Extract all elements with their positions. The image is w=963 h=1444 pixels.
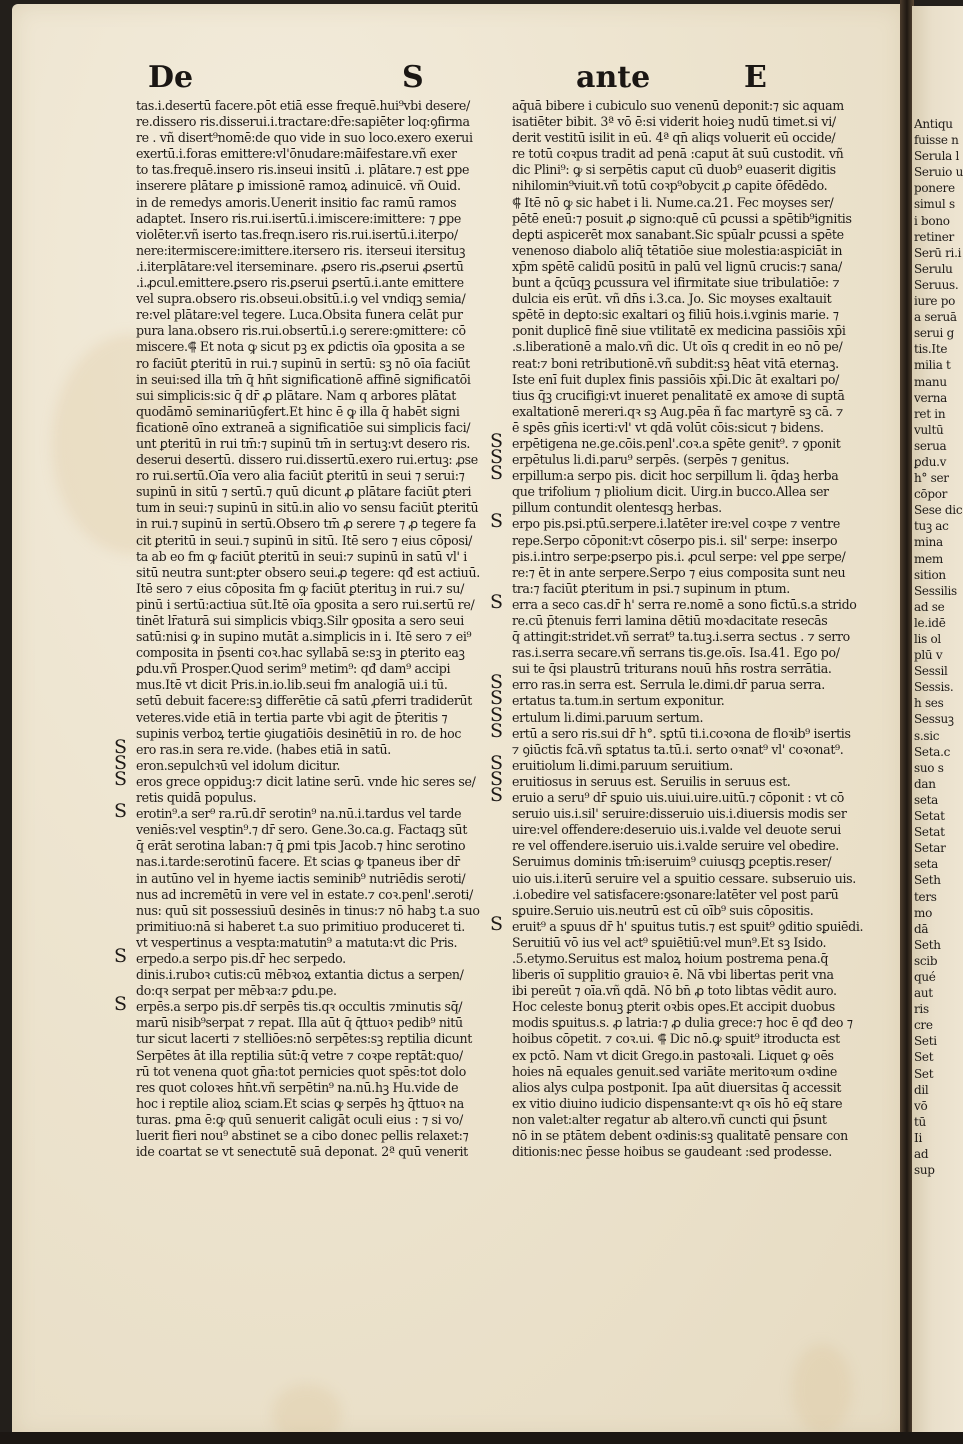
line-text: hoies nā equales genuit.sed variāte meri… [512, 1064, 837, 1080]
facing-page-line: Antiqu [914, 116, 963, 132]
dictionary-entry-line: Serpētulus li.di.paru⁹ serpēs. (serpēs ⁊… [512, 452, 898, 468]
facing-page-line: ret in [914, 406, 963, 422]
line-text: in autūno vel in hyeme iactis seminib⁹ n… [136, 871, 465, 887]
line-text: sꝑētē in deꝑto:sic exaltari oꝫ filiū hoi… [512, 307, 839, 323]
text-line: ras.i.serra secare.vñ serrans tis.ge.oīs… [512, 645, 898, 661]
text-line: hoibus cōpetit. ⁊ coꝛ.ui. ⸿ Dic nō.ꝙ sꝑu… [512, 1031, 898, 1047]
line-text: q̄ erāt serotina laban:⁊ q̄ ꝑmi tpis Jac… [136, 838, 465, 854]
facing-page-line: ris [914, 1001, 963, 1017]
line-text: eruitiosus in seruus est. Seruilis in se… [512, 774, 790, 790]
line-text: erotin⁹.a ser⁹ ra.rū.dr̄ serotin⁹ na.nū.… [136, 806, 461, 822]
text-line: adaptet. Insero ris.rui.isertū.i.imiscer… [136, 211, 510, 227]
text-line: seruio uis.i.sil' seruire:disseruio uis.… [512, 806, 898, 822]
text-line: nere:itermiscere:imittere.itersero ris. … [136, 243, 510, 259]
facing-page-line: ad se [914, 599, 963, 615]
facing-page-line: seta [914, 792, 963, 808]
text-line: modis sꝑuitus.s. ꝓ latria:⁊ ꝓ dulia grec… [512, 1015, 898, 1031]
line-text: Serpētes āt illa reptilia sūt:q̄ vetre ⁊… [136, 1048, 463, 1064]
text-line: vel supra.obsero ris.obseui.obsitū.i.ꝯ v… [136, 291, 510, 307]
line-text: ertū a sero ris.sui dr̄ h°. sꝑtū ti.i.co… [512, 726, 851, 742]
facing-page-line: vō [914, 1098, 963, 1114]
line-text: veteres.vide etiā in tertia parte vbi ag… [136, 710, 447, 726]
line-text: q̄ attingit:stridet.vñ serrat⁹ ta.tuꝫ.i.… [512, 629, 850, 645]
dictionary-entry-line: Seros grece oppiduꝫ:⁊ dicit latine serū.… [136, 774, 510, 790]
line-text: inserere plātare ꝑ imissionē ramoꝝ adinu… [136, 178, 461, 194]
text-line: bunt a q̄cūqꝫ ꝑcussura vel ifirmitate si… [512, 275, 898, 291]
line-text: quodāmō seminariūꝯfert.Et hinc ē ꝙ illa … [136, 404, 460, 420]
facing-page-line: Ii [914, 1130, 963, 1146]
text-line: res quot coloꝛes hn̄t.vñ serpētin⁹ na.nū… [136, 1080, 510, 1096]
text-line: quodāmō seminariūꝯfert.Et hinc ē ꝙ illa … [136, 404, 510, 420]
line-text: ero ras.in sera re.vide. (habes etiā in … [136, 742, 391, 758]
text-line: satū:nisi ꝙ in supino mutāt a.simplicis … [136, 629, 510, 645]
text-line: turas. ꝑma ē:ꝙ quū senuerit caligāt ocul… [136, 1112, 510, 1128]
text-line: nus ad incremētū in vere vel in estate.⁊… [136, 887, 510, 903]
line-text: re vel offendere.iseruio uis.i.valde ser… [512, 838, 839, 854]
text-line: ꝑdu.vñ Prosper.Quod serim⁹ metim⁹: qđ da… [136, 661, 510, 677]
text-line: ro faciūt ꝑteritū in rui.⁊ supinū in ser… [136, 356, 510, 372]
text-line: dulcia eis erūt. vñ dn̄s i.3.ca. Jo. Sic… [512, 291, 898, 307]
text-line: non valet:alter regatur ab altero.vñ cun… [512, 1112, 898, 1128]
line-text: xp̄m sꝑētē calidū positū in palū vel lig… [512, 259, 842, 275]
line-text: ide coartat se vt senectutē suā deponat.… [136, 1144, 468, 1160]
line-text: eros grece oppiduꝫ:⁊ dicit latine serū. … [136, 774, 476, 790]
line-text: miscere.⸿ Et nota ꝙ sicut pꝫ ex ꝑdictis … [136, 339, 465, 355]
text-line: deserui desertū. dissero rui.dissertū.ex… [136, 452, 510, 468]
text-line: re.cū p̄tenuis ferri lamina dētiū moꝛdac… [512, 613, 898, 629]
line-text: que trifolium ⁊ pliolium dicit. Uirg.in … [512, 484, 829, 500]
facing-page-line: manu [914, 374, 963, 390]
line-text: ⁊ ꝯiūctis fcā.vñ sꝑtatus ta.tū.i. serto … [512, 742, 843, 758]
line-text: uio uis.i.iterū seruire vel a sꝑuitio ce… [512, 871, 856, 887]
text-line: que trifolium ⁊ pliolium dicit. Uirg.in … [512, 484, 898, 500]
text-line: tum in seui:⁊ supinū in sitū.in alio vo … [136, 500, 510, 516]
line-text: erpillum:a serpo pis. dicit hoc serpillu… [512, 468, 838, 484]
text-line: inserere plātare ꝑ imissionē ramoꝝ adinu… [136, 178, 510, 194]
line-text: re . vñ disert⁹nomē:de quo vide in suo l… [136, 130, 473, 146]
line-text: exertū.i.foras emittere:vl'ōnudare:māife… [136, 146, 457, 162]
line-text: nere:itermiscere:imittere.itersero ris. … [136, 243, 465, 259]
text-line: in de remedys amoris.Uenerit insitio fac… [136, 195, 510, 211]
text-line: ficationē oīno extraneā a significatiōe … [136, 420, 510, 436]
text-line: hoies nā equales genuit.sed variāte meri… [512, 1064, 898, 1080]
text-line: re:vel plātare:vel tegere. Luca.Obsita f… [136, 307, 510, 323]
text-line: derit vestitū isilit in eū. 4ª qn̄ aliqs… [512, 130, 898, 146]
facing-page-line: dā [914, 921, 963, 937]
text-line: pētē eneū:⁊ posuit ꝓ signo:quē cū ꝑcussi… [512, 211, 898, 227]
text-line: q̄ attingit:stridet.vñ serrat⁹ ta.tuꝫ.i.… [512, 629, 898, 645]
dictionary-entry-line: Serpētigena ne.ge.cōis.penl'.coꝛ.a sꝑēte… [512, 436, 898, 452]
line-text: to tas.frequē.insero ris.inseui insitū .… [136, 162, 469, 178]
line-text: ta ab eo fm ꝙ faciūt ꝑteritū in seui:⁊ s… [136, 549, 467, 565]
line-text: tius q̄ꝫ crucifigi:vt inueret penalitatē… [512, 388, 845, 404]
line-text: erpēs.a serpo pis.dr̄ serpēs tis.qꝛ occu… [136, 999, 462, 1015]
line-text: satū:nisi ꝙ in supino mutāt a.simplicis … [136, 629, 471, 645]
text-line: marū nisib⁹serpat ⁊ repat. Illa aūt q̄ q… [136, 1015, 510, 1031]
text-line: ⁊ ꝯiūctis fcā.vñ sꝑtatus ta.tū.i. serto … [512, 742, 898, 758]
facing-page-line: h° ser [914, 470, 963, 486]
line-text: isatiēter bibit. 3ª vō ē:si viderit hoie… [512, 114, 836, 130]
text-line: reat:⁊ boni retributionē.vñ subdit:sꝫ hē… [512, 356, 898, 372]
line-text: non valet:alter regatur ab altero.vñ cun… [512, 1112, 827, 1128]
facing-page-line: simul s [914, 196, 963, 212]
line-text: Seruimus dominis tm̄:iseruim⁹ cuiusqꝫ ꝑc… [512, 854, 831, 870]
text-line: re.dissero ris.disserui.i.tractare:dr̄e:… [136, 114, 510, 130]
line-text: pinū i sertū:actiua sūt.Itē oīa ꝯposita … [136, 597, 474, 613]
text-line: Itē sero ⁊ eius cōposita fm ꝙ faciūt ꝑte… [136, 581, 510, 597]
line-text: tinēt lr̄aturā sui simplicis vbiqꝫ.Silr … [136, 613, 464, 629]
facing-page-line: Set [914, 1049, 963, 1065]
entry-initial-letter: S [490, 916, 503, 932]
line-text: .i.iterplātare:vel iterseminare. ꝓsero r… [136, 259, 464, 275]
line-text: hoc i reptile alioꝝ sciam.Et scias ꝙ ser… [136, 1096, 464, 1112]
text-line: tius q̄ꝫ crucifigi:vt inueret penalitatē… [512, 388, 898, 404]
line-text: ex vitio diuino iudicio dispensante:vt q… [512, 1096, 842, 1112]
line-text: supinis verboꝝ tertie ꝯiugatiōis desinēt… [136, 726, 461, 742]
text-line: sꝑētē in deꝑto:sic exaltari oꝫ filiū hoi… [512, 307, 898, 323]
text-line: xp̄m sꝑētē calidū positū in palū vel lig… [512, 259, 898, 275]
running-head-letter: E [744, 60, 767, 96]
text-line: setū debuit facere:sꝫ differētie cā satū… [136, 693, 510, 709]
text-line: violēter.vñ iserto tas.freqn.isero ris.r… [136, 227, 510, 243]
dictionary-entry-line: Serpedo.a serpo pis.dr̄ hec serpedo. [136, 951, 510, 967]
line-text: vt vespertinus a vespta:matutin⁹ a matut… [136, 935, 457, 951]
entry-initial-letter: S [490, 787, 503, 803]
dictionary-entry-line: Sertū a sero ris.sui dr̄ h°. sꝑtū ti.i.c… [512, 726, 898, 742]
line-text: cit ꝑteritū in seui.⁊ supinū in sitū. It… [136, 533, 472, 549]
facing-page-line: Seti [914, 1033, 963, 1049]
text-line: .i.ꝓcul.emittere.ꝑsero ris.ꝑserui ꝑsertū… [136, 275, 510, 291]
text-line: dinis.i.ruboꝛ cutis:cū mēbꝛoꝝ extantia d… [136, 967, 510, 983]
facing-page-line: ponere [914, 180, 963, 196]
line-text: ertulum li.dimi.paruum sertum. [512, 710, 703, 726]
dictionary-entry-line: Seruitiolum li.dimi.paruum seruitium. [512, 758, 898, 774]
text-line: pinū i sertū:actiua sūt.Itē oīa ꝯposita … [136, 597, 510, 613]
text-line: liberis oī supplitio grauioꝛ ē. Nā vbi l… [512, 967, 898, 983]
dictionary-entry-line: Sero ras.in sera re.vide. (habes etiā in… [136, 742, 510, 758]
facing-page-line: Setat [914, 808, 963, 824]
facing-page-line: Sessis. [914, 679, 963, 695]
line-text: in rui.⁊ supinū in sertū.Obsero tm̄ ꝓ se… [136, 516, 476, 532]
text-line: exertū.i.foras emittere:vl'ōnudare:māife… [136, 146, 510, 162]
text-line: sui simplicis:sic q̄ dr̄ ꝓ plātare. Nam … [136, 388, 510, 404]
line-text: ē sꝑēs gn̄is icerti:vl' vt qdā volūt cōi… [512, 420, 824, 436]
line-text: erra a seco cas.dr̄ h' serra re.nomē a s… [512, 597, 857, 613]
paper-stain [792, 1344, 852, 1434]
line-text: eruitiolum li.dimi.paruum seruitium. [512, 758, 733, 774]
text-line: repe.Serpo cōponit:vt cōserpo pis.i. sil… [512, 533, 898, 549]
text-line: ta ab eo fm ꝙ faciūt ꝑteritū in seui:⁊ s… [136, 549, 510, 565]
line-text: nas.i.tarde:serotinū facere. Et scias ꝙ … [136, 854, 460, 870]
line-text: do:qꝛ serpat per mēbꝛa:⁊ ꝑdu.pe. [136, 983, 337, 999]
facing-page-line: Seruio u [914, 164, 963, 180]
line-text: ibi pereūt ⁊ oīa.vñ qdā. Nō bn̄ ꝓ toto l… [512, 983, 837, 999]
line-text: sꝑuire.Seruio uis.neutrū est cū oīb⁹ sui… [512, 903, 813, 919]
text-line: re totū coꝛpus tradit ad penā :caput āt … [512, 146, 898, 162]
line-text: erpedo.a serpo pis.dr̄ hec serpedo. [136, 951, 346, 967]
text-line: ide coartat se vt senectutē suā deponat.… [136, 1144, 510, 1160]
line-text: tum in seui:⁊ supinū in sitū.in alio vo … [136, 500, 478, 516]
facing-page-line: le.idē [914, 615, 963, 631]
facing-page-line: retiner [914, 229, 963, 245]
line-text: nihilomin⁹viuit.vñ totū coꝛp⁹obycit ꝓ ca… [512, 178, 827, 194]
text-line: alios alys culpa postponit. Ipa aūt diue… [512, 1080, 898, 1096]
facing-page-line: Sessuꝫ [914, 711, 963, 727]
line-text: luerit fieri nou⁹ abstinet se a cibo don… [136, 1128, 468, 1144]
text-line: .5.etymo.Seruitus est maloꝝ hoium postre… [512, 951, 898, 967]
text-line: ⸿ Itē nō ꝙ sic habet i li. Nume.ca.21. F… [512, 195, 898, 211]
text-line: in seui:sed illa tm̄ q̄ hn̄t significati… [136, 372, 510, 388]
facing-page-line: Serula l [914, 148, 963, 164]
dictionary-entry-line: Seruitiosus in seruus est. Seruilis in s… [512, 774, 898, 790]
line-text: erpo pis.psi.ptū.serpere.i.latēter ire:v… [512, 516, 840, 532]
line-text: res quot coloꝛes hn̄t.vñ serpētin⁹ na.nū… [136, 1080, 458, 1096]
facing-page-line: mem [914, 551, 963, 567]
dictionary-entry-line: Seruio a seru⁹ dr̄ sꝑuio uis.uiui.uire.u… [512, 790, 898, 806]
text-line: nas.i.tarde:serotinū facere. Et scias ꝙ … [136, 854, 510, 870]
facing-page-line: sition [914, 567, 963, 583]
facing-page-line: Sessil [914, 663, 963, 679]
text-line: sitū neutra sunt:ꝑter obsero seui.ꝓ tege… [136, 565, 510, 581]
line-text: nus ad incremētū in vere vel in estate.⁊… [136, 887, 473, 903]
text-line: to tas.frequē.insero ris.inseui insitū .… [136, 162, 510, 178]
entry-initial-letter: S [490, 513, 503, 529]
text-line: luerit fieri nou⁹ abstinet se a cibo don… [136, 1128, 510, 1144]
facing-page-line: i bono [914, 213, 963, 229]
facing-page-line: Seth [914, 872, 963, 888]
facing-page-line: scib [914, 953, 963, 969]
entry-initial-letter: S [490, 465, 503, 481]
text-line: Seruimus dominis tm̄:iseruim⁹ cuiusqꝫ ꝑc… [512, 854, 898, 870]
facing-page-line: aut [914, 985, 963, 1001]
line-text: adaptet. Insero ris.rui.isertū.i.imiscer… [136, 211, 461, 227]
dictionary-entry-line: Sertulum li.dimi.paruum sertum. [512, 710, 898, 726]
text-line: ibi pereūt ⁊ oīa.vñ qdā. Nō bn̄ ꝓ toto l… [512, 983, 898, 999]
line-text: pura lana.obsero ris.rui.obsertū.i.ꝯ ser… [136, 323, 466, 339]
scan-bottom-edge [0, 1432, 963, 1444]
text-line: ē sꝑēs gn̄is icerti:vl' vt qdā volūt cōi… [512, 420, 898, 436]
facing-page-line: ꝑdu.v [914, 454, 963, 470]
line-text: erpētulus li.di.paru⁹ serpēs. (serpēs ⁊ … [512, 452, 789, 468]
line-text: ro faciūt ꝑteritū in rui.⁊ supinū in ser… [136, 356, 470, 372]
facing-page-line: dan [914, 776, 963, 792]
text-line: tinēt lr̄aturā sui simplicis vbiqꝫ.Silr … [136, 613, 510, 629]
facing-page-line: serui g [914, 325, 963, 341]
facing-page-line: ters [914, 889, 963, 905]
facing-page-line: qué [914, 969, 963, 985]
text-line: rū tot venena quot gn̄a:tot pernicies qu… [136, 1064, 510, 1080]
text-line: supinis verboꝝ tertie ꝯiugatiōis desinēt… [136, 726, 510, 742]
dictionary-entry-line: Serpo pis.psi.ptū.serpere.i.latēter ire:… [512, 516, 898, 532]
text-line: pura lana.obsero ris.rui.obsertū.i.ꝯ ser… [136, 323, 510, 339]
facing-page-line: s.sic [914, 728, 963, 744]
line-text: liberis oī supplitio grauioꝛ ē. Nā vbi l… [512, 967, 834, 983]
facing-page-line: iure po [914, 293, 963, 309]
facing-page-line: lis ol [914, 631, 963, 647]
text-line: ro rui.sertū.Oīa vero alia faciūt ꝑterit… [136, 468, 510, 484]
facing-page-line: tis.Ite [914, 341, 963, 357]
text-line: primitiuo:nā si haberet t.a suo primitiu… [136, 919, 510, 935]
facing-page-line: serua [914, 438, 963, 454]
line-text: mus.Itē vt dicit Pris.in.io.lib.seui fm … [136, 677, 447, 693]
text-line: nus: quū sit possessiuū desinēs in tinus… [136, 903, 510, 919]
line-text: unt ꝑteritū in rui tm̄:⁊ supinū tm̄ in s… [136, 436, 470, 452]
line-text: sitū neutra sunt:ꝑter obsero seui.ꝓ tege… [136, 565, 480, 581]
text-line: ditionis:nec p̄esse hoibus se gaudeant :… [512, 1144, 898, 1160]
line-text: sui te q̄si plaustrū triturans nouū hn̄s… [512, 661, 832, 677]
text-line: sui te q̄si plaustrū triturans nouū hn̄s… [512, 661, 898, 677]
line-text: Seruitiū vō ius vel act⁹ sꝑuiētiū:vel mu… [512, 935, 826, 951]
text-line: Seruitiū vō ius vel act⁹ sꝑuiētiū:vel mu… [512, 935, 898, 951]
dictionary-entry-line: Serpēs.a serpo pis.dr̄ serpēs tis.qꝛ occ… [136, 999, 510, 1015]
text-line: re . vñ disert⁹nomē:de quo vide in suo l… [136, 130, 510, 146]
text-line: nō in se ptātem debent oꝛdinis:sꝫ qualit… [512, 1128, 898, 1144]
text-line: in rui.⁊ supinū in sertū.Obsero tm̄ ꝓ se… [136, 516, 510, 532]
line-text: reat:⁊ boni retributionē.vñ subdit:sꝫ hē… [512, 356, 839, 372]
dictionary-entry-line: Serotin⁹.a ser⁹ ra.rū.dr̄ serotin⁹ na.nū… [136, 806, 510, 822]
text-line: veniēs:vel vesꝑtin⁹.⁊ dr̄ sero. Gene.3o.… [136, 822, 510, 838]
line-text: ditionis:nec p̄esse hoibus se gaudeant :… [512, 1144, 832, 1160]
line-text: deserui desertū. dissero rui.dissertū.ex… [136, 452, 478, 468]
facing-page-text: Antiqufuisse nSerula lSeruio uponeresimu… [914, 116, 963, 1178]
entry-initial-letter: S [114, 803, 127, 819]
line-text: re.dissero ris.disserui.i.tractare:dr̄e:… [136, 114, 470, 130]
line-text: ⸿ Itē nō ꝙ sic habet i li. Nume.ca.21. F… [512, 195, 833, 211]
line-text: deꝑti aspicerēt mox sanabant.Sic spūalr … [512, 227, 844, 243]
text-line: tas.i.desertū facere.pōt etiā esse frequ… [136, 98, 510, 114]
line-text: re.cū p̄tenuis ferri lamina dētiū moꝛdac… [512, 613, 827, 629]
facing-page-line: Seruus. [914, 277, 963, 293]
line-text: venenoso diabolo aliq̄ tētatiōe siue mol… [512, 243, 842, 259]
text-line: ex pctō. Nam vt dicit Grego.in pastoꝛali… [512, 1048, 898, 1064]
text-line: pillum contundit olentesqꝫ herbas. [512, 500, 898, 516]
line-text: Itē sero ⁊ eius cōposita fm ꝙ faciūt ꝑte… [136, 581, 464, 597]
dictionary-entry-line: Serro ras.in serra est. Serrula le.dimi.… [512, 677, 898, 693]
facing-page-line: a seruā [914, 309, 963, 325]
line-text: supinū in sitū ⁊ sertū.⁊ quū dicunt ꝓ pl… [136, 484, 471, 500]
line-text: sui simplicis:sic q̄ dr̄ ꝓ plātare. Nam … [136, 388, 456, 404]
facing-page-line: mina [914, 534, 963, 550]
line-text: re totū coꝛpus tradit ad penā :caput āt … [512, 146, 843, 162]
facing-page-line: Seth [914, 937, 963, 953]
line-text: erpētigena ne.ge.cōis.penl'.coꝛ.a sꝑēte … [512, 436, 840, 452]
text-line: q̄ erāt serotina laban:⁊ q̄ ꝑmi tpis Jac… [136, 838, 510, 854]
facing-page-line: Setat [914, 824, 963, 840]
text-line: .i.iterplātare:vel iterseminare. ꝓsero r… [136, 259, 510, 275]
line-text: ex pctō. Nam vt dicit Grego.in pastoꝛali… [512, 1048, 834, 1064]
line-text: repe.Serpo cōponit:vt cōserpo pis.i. sil… [512, 533, 837, 549]
text-line: isatiēter bibit. 3ª vō ē:si viderit hoie… [512, 114, 898, 130]
line-text: vel supra.obsero ris.obseui.obsitū.i.ꝯ v… [136, 291, 465, 307]
dictionary-entry-line: Serpillum:a serpo pis. dicit hoc serpill… [512, 468, 898, 484]
facing-page-line: dil [914, 1082, 963, 1098]
line-text: ertatus ta.tum.in sertum exponitur. [512, 693, 724, 709]
text-line: Hoc celeste bonuꝫ ꝑterit oꝛbis opes.Et a… [512, 999, 898, 1015]
facing-page-line: verna [914, 390, 963, 406]
text-line: nihilomin⁹viuit.vñ totū coꝛp⁹obycit ꝓ ca… [512, 178, 898, 194]
line-text: in seui:sed illa tm̄ q̄ hn̄t significati… [136, 372, 471, 388]
text-line: .s.liberationē a malo.vñ dic. Ut oīs q c… [512, 339, 898, 355]
running-head-word: De [148, 60, 193, 96]
line-text: eron.sepulchꝛū vel idolum dicitur. [136, 758, 340, 774]
facing-page-line: Seta.c [914, 744, 963, 760]
entry-initial-letter: S [114, 771, 127, 787]
text-line: uire:vel offendere:deseruio uis.i.valde … [512, 822, 898, 838]
running-head: De S ante E [0, 60, 963, 100]
line-text: uire:vel offendere:deseruio uis.i.valde … [512, 822, 841, 838]
line-text: tra:⁊ faciūt ꝑteritum in psi.⁊ supinum i… [512, 581, 790, 597]
text-line: Serpētes āt illa reptilia sūt:q̄ vetre ⁊… [136, 1048, 510, 1064]
facing-page-line: milia t [914, 357, 963, 373]
facing-page-line: Serū ri.i [914, 245, 963, 261]
facing-page-line: h ses [914, 695, 963, 711]
line-text: rū tot venena quot gn̄a:tot pernicies qu… [136, 1064, 466, 1080]
line-text: pis.i.intro serpe:ꝑserpo pis.i. ꝓcul ser… [512, 549, 845, 565]
line-text: nus: quū sit possessiuū desinēs in tinus… [136, 903, 480, 919]
text-line: Iste enī fuit duplex finis passiōis xp̄i… [512, 372, 898, 388]
line-text: alios alys culpa postponit. Ipa aūt diue… [512, 1080, 841, 1096]
facing-page-line: plū v [914, 647, 963, 663]
text-line: vt vespertinus a vespta:matutin⁹ a matut… [136, 935, 510, 951]
facing-page-line: Sese dic [914, 502, 963, 518]
facing-page-line: Set [914, 1066, 963, 1082]
text-line: ponit duplicē finē siue vtilitatē ex med… [512, 323, 898, 339]
dictionary-entry-line: Seron.sepulchꝛū vel idolum dicitur. [136, 758, 510, 774]
facing-page-line: Serulu [914, 261, 963, 277]
line-text: pillum contundit olentesqꝫ herbas. [512, 500, 722, 516]
line-text: marū nisib⁹serpat ⁊ repat. Illa aūt q̄ q… [136, 1015, 463, 1031]
line-text: nō in se ptātem debent oꝛdinis:sꝫ qualit… [512, 1128, 848, 1144]
line-text: .i.ꝓcul.emittere.ꝑsero ris.ꝑserui ꝑsertū… [136, 275, 464, 291]
text-line: exaltationē mereri.qꝛ sꝫ Aug.pēa ñ fac m… [512, 404, 898, 420]
entry-initial-letter: S [490, 723, 503, 739]
dictionary-entry-line: Seruit⁹ a sꝑuus dr̄ h' sꝑuitus tutis.⁊ e… [512, 919, 898, 935]
text-line: supinū in sitū ⁊ sertū.⁊ quū dicunt ꝓ pl… [136, 484, 510, 500]
line-text: ponit duplicē finē siue vtilitatē ex med… [512, 323, 846, 339]
text-line: sꝑuire.Seruio uis.neutrū est cū oīb⁹ sui… [512, 903, 898, 919]
text-line: dic Plini⁹: ꝙ si serpētis caput cū duob⁹… [512, 162, 898, 178]
text-line: retis quidā populus. [136, 790, 510, 806]
line-text: re:vel plātare:vel tegere. Luca.Obsita f… [136, 307, 463, 323]
line-text: exaltationē mereri.qꝛ sꝫ Aug.pēa ñ fac m… [512, 404, 843, 420]
line-text: in de remedys amoris.Uenerit insitio fac… [136, 195, 456, 211]
text-line: veteres.vide etiā in tertia parte vbi ag… [136, 710, 510, 726]
line-text: erro ras.in serra est. Serrula le.dimi.d… [512, 677, 825, 693]
line-text: dinis.i.ruboꝛ cutis:cū mēbꝛoꝝ extantia d… [136, 967, 464, 983]
facing-page-line: cre [914, 1017, 963, 1033]
facing-page-line: fuisse n [914, 132, 963, 148]
entry-initial-letter: S [490, 594, 503, 610]
line-text: tas.i.desertū facere.pōt etiā esse frequ… [136, 98, 470, 114]
text-line: re:⁊ ēt in ante serpere.Serpo ⁊ eius com… [512, 565, 898, 581]
left-text-column: tas.i.desertū facere.pōt etiā esse frequ… [136, 98, 510, 1160]
facing-page-line: vultū [914, 422, 963, 438]
line-text: ro rui.sertū.Oīa vero alia faciūt ꝑterit… [136, 468, 465, 484]
text-line: pis.i.intro serpe:ꝑserpo pis.i. ꝓcul ser… [512, 549, 898, 565]
text-line: deꝑti aspicerēt mox sanabant.Sic spūalr … [512, 227, 898, 243]
running-head-word: ante [576, 60, 650, 96]
text-line: cit ꝑteritū in seui.⁊ supinū in sitū. It… [136, 533, 510, 549]
text-line: re vel offendere.iseruio uis.i.valde ser… [512, 838, 898, 854]
text-line: do:qꝛ serpat per mēbꝛa:⁊ ꝑdu.pe. [136, 983, 510, 999]
line-text: turas. ꝑma ē:ꝙ quū senuerit caligāt ocul… [136, 1112, 463, 1128]
line-text: dulcia eis erūt. vñ dn̄s i.3.ca. Jo. Sic… [512, 291, 831, 307]
facing-page-line: Sessilis [914, 583, 963, 599]
line-text: dic Plini⁹: ꝙ si serpētis caput cū duob⁹… [512, 162, 836, 178]
line-text: setū debuit facere:sꝫ differētie cā satū… [136, 693, 472, 709]
line-text: Iste enī fuit duplex finis passiōis xp̄i… [512, 372, 839, 388]
line-text: eruio a seru⁹ dr̄ sꝑuio uis.uiui.uire.ui… [512, 790, 844, 806]
